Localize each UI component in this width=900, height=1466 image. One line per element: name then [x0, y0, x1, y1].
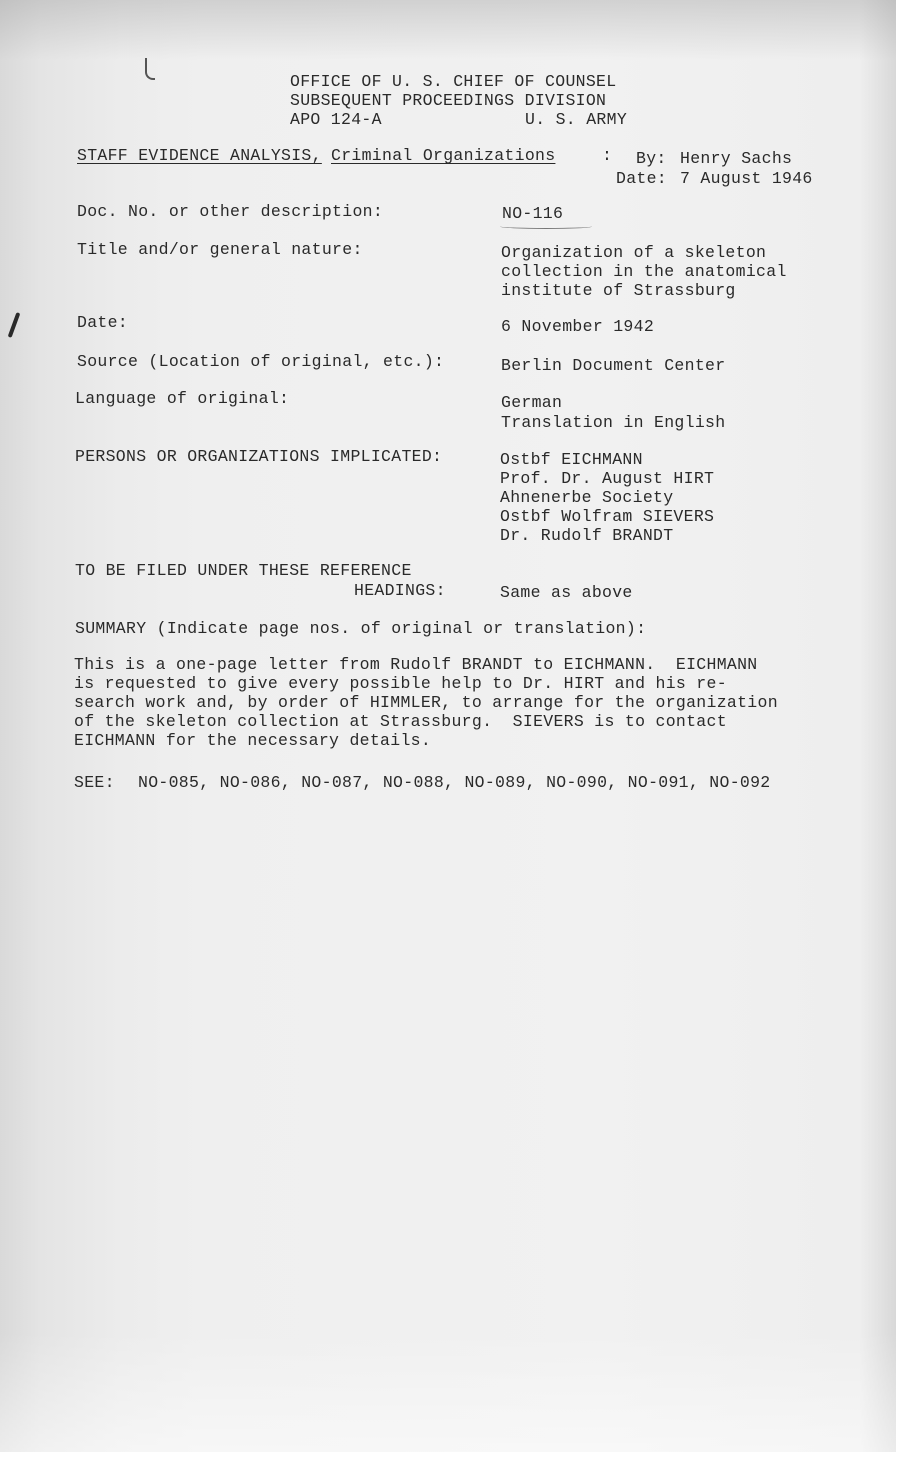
header-office: OFFICE OF U. S. CHIEF OF COUNSEL	[290, 72, 616, 91]
header-apo: APO 124-A	[290, 110, 382, 129]
summary-label: SUMMARY (Indicate page nos. of original …	[75, 619, 646, 638]
person-item: Ostbf EICHMANN	[500, 450, 643, 469]
doc-no-label: Doc. No. or other description:	[77, 202, 383, 221]
summary-line: This is a one-page letter from Rudolf BR…	[74, 655, 758, 674]
see-refs: NO-085, NO-086, NO-087, NO-088, NO-089, …	[138, 773, 771, 792]
language-label: Language of original:	[75, 389, 289, 408]
by-value: Henry Sachs	[680, 149, 792, 168]
date-label: Date:	[77, 313, 128, 332]
header-army: U. S. ARMY	[525, 110, 627, 129]
analysis-title: STAFF EVIDENCE ANALYSIS,	[77, 146, 322, 165]
pen-mark	[145, 58, 155, 80]
filed-under-label: TO BE FILED UNDER THESE REFERENCE	[75, 561, 412, 580]
person-item: Dr. Rudolf BRANDT	[500, 526, 673, 545]
analysis-category: Criminal Organizations	[331, 146, 555, 165]
analysis-date-label: Date:	[616, 169, 667, 188]
source-value: Berlin Document Center	[501, 356, 725, 375]
by-label: By:	[636, 149, 667, 168]
person-item: Ostbf Wolfram SIEVERS	[500, 507, 714, 526]
person-item: Ahnenerbe Society	[500, 488, 673, 507]
title-label: Title and/or general nature:	[77, 240, 363, 259]
analysis-date-value: 7 August 1946	[680, 169, 813, 188]
summary-line: is requested to give every possible help…	[74, 674, 727, 693]
date-value: 6 November 1942	[501, 317, 654, 336]
doc-no-underline	[500, 224, 592, 229]
document-page: OFFICE OF U. S. CHIEF OF COUNSEL SUBSEQU…	[0, 0, 896, 1452]
title-line: institute of Strassburg	[501, 281, 736, 300]
persons-label: PERSONS OR ORGANIZATIONS IMPLICATED:	[75, 447, 442, 466]
summary-line: EICHMANN for the necessary details.	[74, 731, 431, 750]
language-line: German	[501, 393, 562, 412]
summary-line: search work and, by order of HIMMLER, to…	[74, 693, 778, 712]
header-division: SUBSEQUENT PROCEEDINGS DIVISION	[290, 91, 606, 110]
pencil-mark	[8, 312, 21, 338]
person-item: Prof. Dr. August HIRT	[500, 469, 714, 488]
language-line: Translation in English	[501, 413, 725, 432]
title-line: collection in the anatomical	[501, 262, 787, 281]
see-label: SEE:	[74, 773, 115, 792]
source-label: Source (Location of original, etc.):	[77, 352, 444, 371]
filed-under-value: Same as above	[500, 583, 633, 602]
summary-line: of the skeleton collection at Strassburg…	[74, 712, 727, 731]
doc-no-value: NO-116	[502, 204, 563, 223]
title-line: Organization of a skeleton	[501, 243, 766, 262]
filed-under-headings: HEADINGS:	[354, 581, 446, 600]
